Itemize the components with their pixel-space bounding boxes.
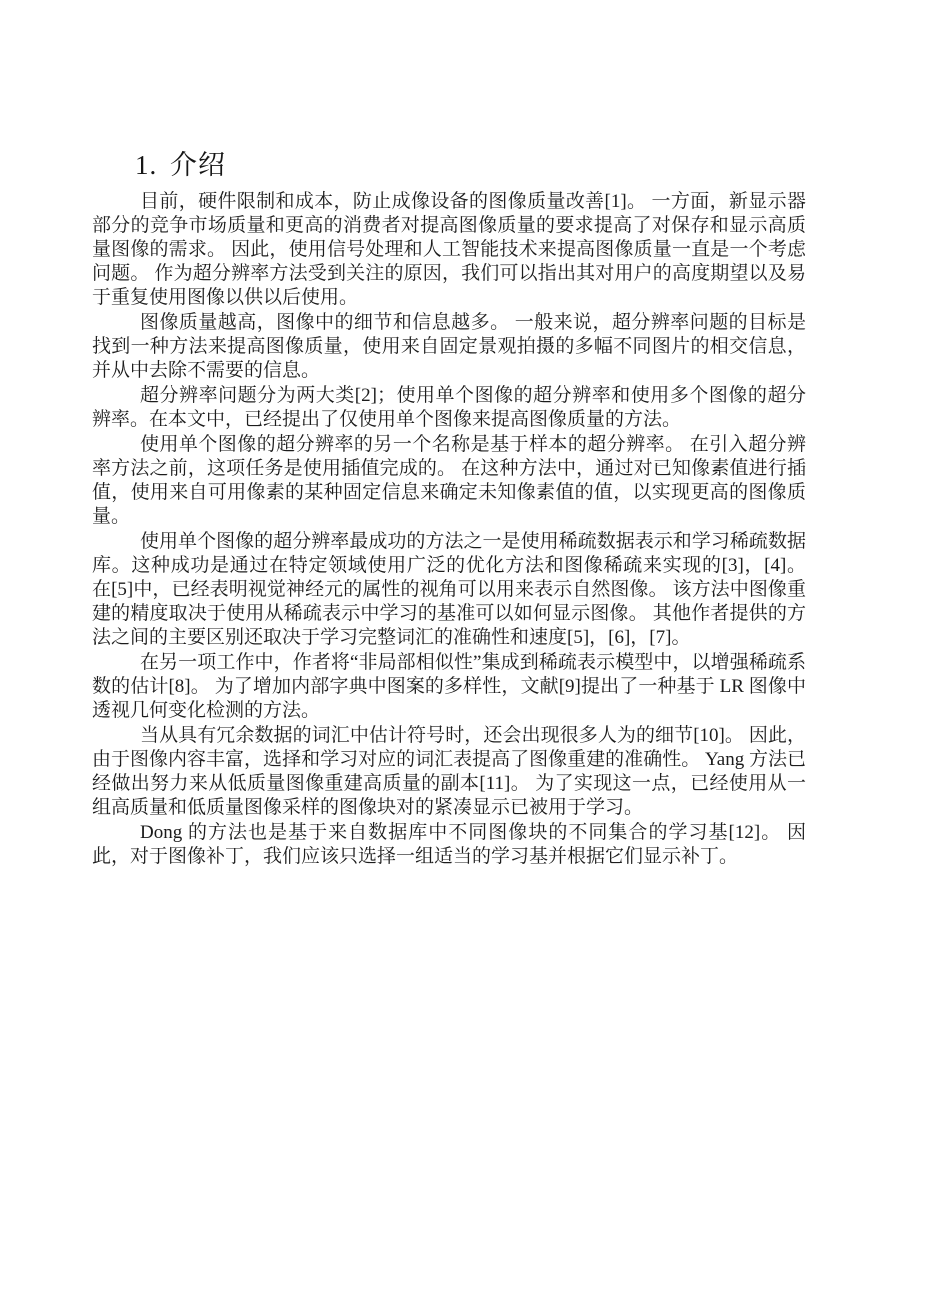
- paragraph: 使用单个图像的超分辨率的另一个名称是基于样本的超分辨率。 在引入超分辨率方法之前…: [92, 433, 806, 529]
- paragraph: 在另一项工作中，作者将“非局部相似性”集成到稀疏表示模型中，以增强稀疏系数的估计…: [92, 651, 806, 723]
- paragraph: Dong 的方法也是基于来自数据库中不同图像块的不同集合的学习基[12]。 因此…: [92, 821, 806, 869]
- paragraph: 目前，硬件限制和成本，防止成像设备的图像质量改善[1]。 一方面，新显示器部分的…: [92, 190, 806, 310]
- paragraph: 使用单个图像的超分辨率最成功的方法之一是使用稀疏数据表示和学习稀疏数据库。这种成…: [92, 530, 806, 650]
- body-text-block: 目前，硬件限制和成本，防止成像设备的图像质量改善[1]。 一方面，新显示器部分的…: [92, 190, 806, 870]
- document-page: 1. 介绍 目前，硬件限制和成本，防止成像设备的图像质量改善[1]。 一方面，新…: [0, 0, 925, 1309]
- paragraph: 当从具有冗余数据的词汇中估计符号时，还会出现很多人为的细节[10]。 因此，由于…: [92, 724, 806, 820]
- paragraph: 图像质量越高，图像中的细节和信息越多。 一般来说，超分辨率问题的目标是找到一种方…: [92, 311, 806, 383]
- paragraph: 超分辨率问题分为两大类[2]；使用单个图像的超分辨率和使用多个图像的超分辨率。在…: [92, 384, 806, 432]
- section-heading: 1. 介绍: [135, 143, 226, 182]
